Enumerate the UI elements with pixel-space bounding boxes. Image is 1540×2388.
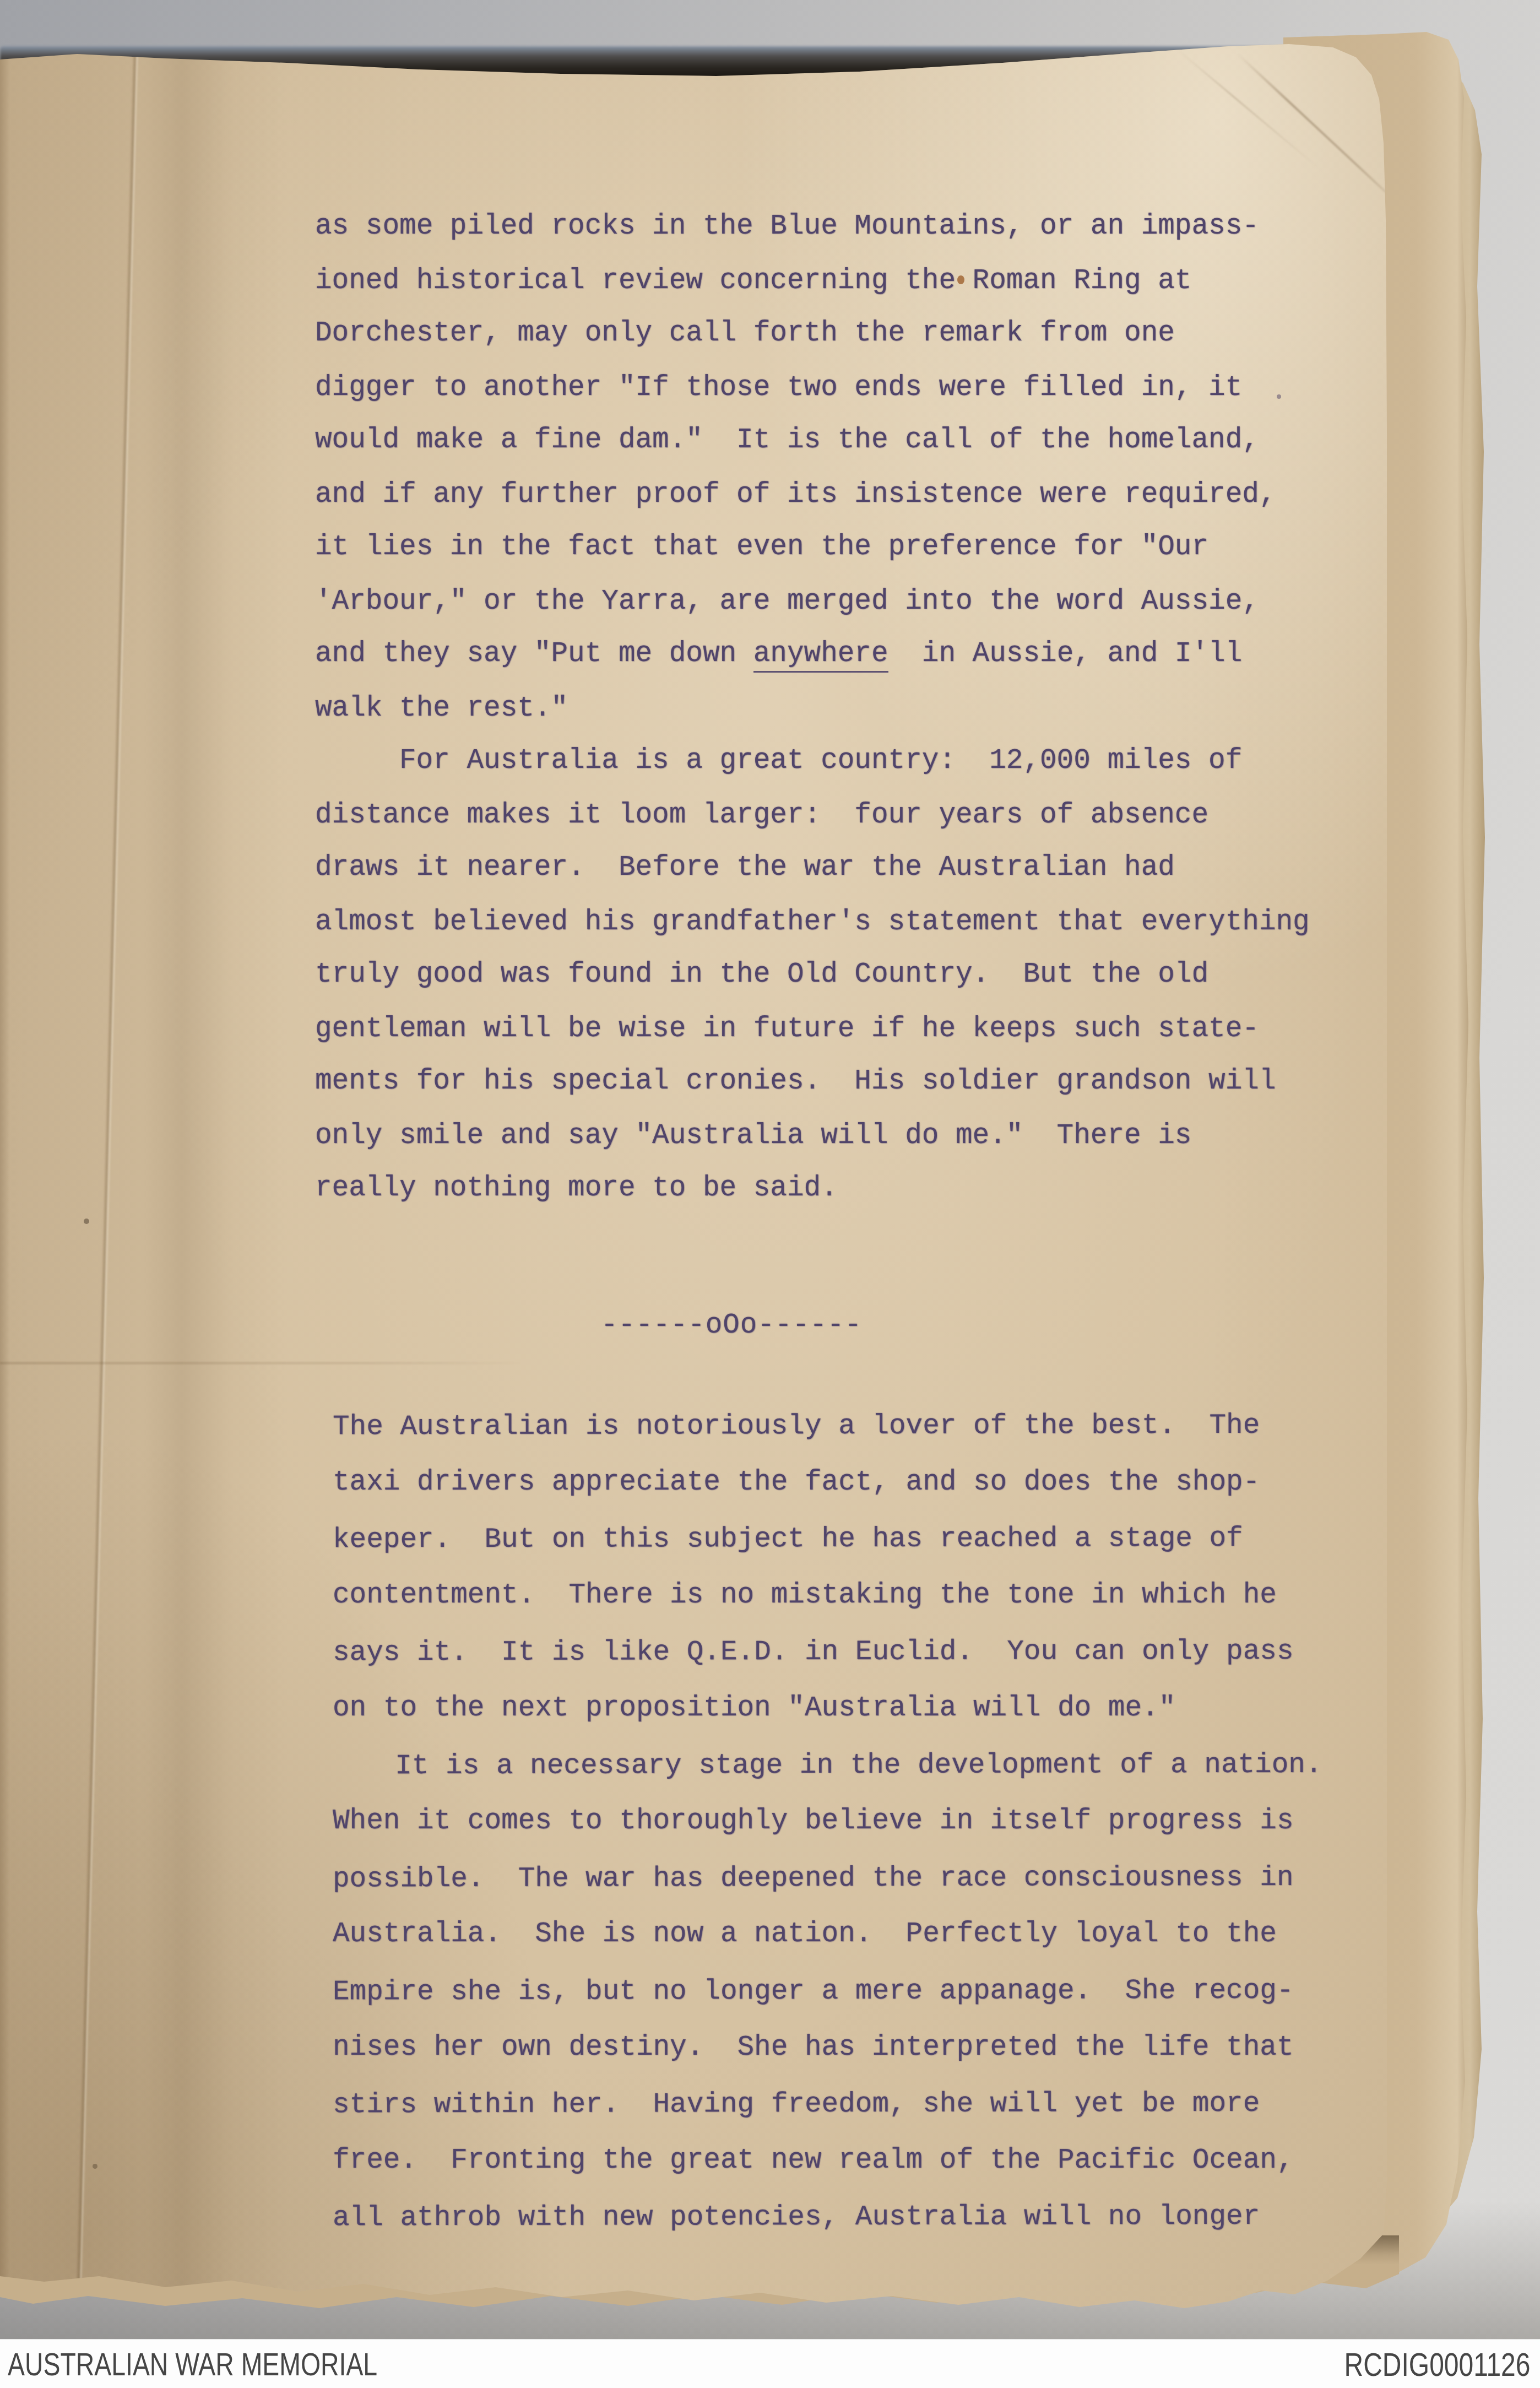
footer-institution-label: AUSTRALIAN WAR MEMORIAL [8, 2340, 377, 2388]
typed-line: gentleman will be wise in future if he k… [315, 1003, 1340, 1056]
text-block-2: The Australian is notoriously a lover of… [333, 1398, 1357, 2246]
typed-line: would make a fine dam." It is the call o… [315, 414, 1340, 467]
text-block-1: as some piled rocks in the Blue Mountain… [315, 200, 1340, 1215]
typed-line: digger to another "If those two ends wer… [315, 361, 1340, 415]
typed-line-with-underline: and they say "Put me down anywhere in Au… [315, 627, 1340, 681]
typed-line: 'Arbour," or the Yarra, are merged into … [315, 575, 1340, 629]
typed-line: only smile and say "Australia will do me… [315, 1109, 1340, 1163]
typed-line: all athrob with new potencies, Australia… [333, 2189, 1357, 2247]
footer-record-id: RCDIG0001126 [1344, 2340, 1530, 2388]
typed-line: draws it nearer. Before the war the Aust… [315, 841, 1340, 895]
scanned-typescript-page: as some piled rocks in the Blue Mountain… [0, 0, 1540, 2388]
typed-line: contentment. There is no mistaking the t… [333, 1568, 1357, 1625]
typed-line: distance makes it loom larger: four year… [315, 789, 1340, 842]
typed-line: and if any further proof of its insisten… [315, 468, 1340, 522]
typed-line: ioned historical review concerning the R… [315, 254, 1340, 308]
typed-line: possible. The war has deepened the race … [333, 1850, 1357, 1908]
typed-line: keeper. But on this subject he has reach… [333, 1511, 1357, 1569]
typed-line: taxi drivers appreciate the fact, and so… [333, 1455, 1357, 1512]
typed-line: on to the next proposition "Australia wi… [333, 1681, 1357, 1737]
typed-line: walk the rest." [315, 682, 1340, 735]
digitisation-footer-bar: AUSTRALIAN WAR MEMORIAL RCDIG0001126 [0, 2339, 1540, 2388]
typed-line: says it. It is like Q.E.D. in Euclid. Yo… [333, 1624, 1357, 1682]
typed-line: as some piled rocks in the Blue Mountain… [315, 200, 1340, 253]
section-divider: ------oOo------ [601, 1299, 862, 1352]
typed-line-pre: and they say "Put me down [315, 638, 753, 670]
typed-line: Australia. She is now a nation. Perfectl… [333, 1907, 1357, 1963]
typed-line: Empire she is, but no longer a mere appa… [333, 1963, 1357, 2021]
typed-line: truly good was found in the Old Country.… [315, 948, 1340, 1001]
typed-line: nises her own destiny. She has interpret… [333, 2020, 1357, 2077]
typed-line: really nothing more to be said. [315, 1162, 1340, 1215]
typewritten-text: as some piled rocks in the Blue Mountain… [0, 0, 1540, 2388]
typed-line: almost believed his grandfather's statem… [315, 896, 1340, 949]
typed-line: it lies in the fact that even the prefer… [315, 521, 1340, 574]
underlined-word: anywhere [753, 638, 888, 673]
typed-line: ments for his special cronies. His soldi… [315, 1055, 1340, 1108]
typed-line: Dorchester, may only call forth the rema… [315, 307, 1340, 360]
typed-line: For Australia is a great country: 12,000… [315, 734, 1340, 788]
typed-line: It is a necessary stage in the developme… [333, 1737, 1357, 1795]
typed-line: stirs within her. Having freedom, she wi… [333, 2076, 1357, 2134]
typed-line: The Australian is notoriously a lover of… [333, 1398, 1357, 1456]
typed-line: When it comes to thoroughly believe in i… [333, 1794, 1357, 1850]
typed-line-post: in Aussie, and I'll [888, 638, 1243, 670]
typed-line: free. Fronting the great new realm of th… [333, 2133, 1357, 2190]
